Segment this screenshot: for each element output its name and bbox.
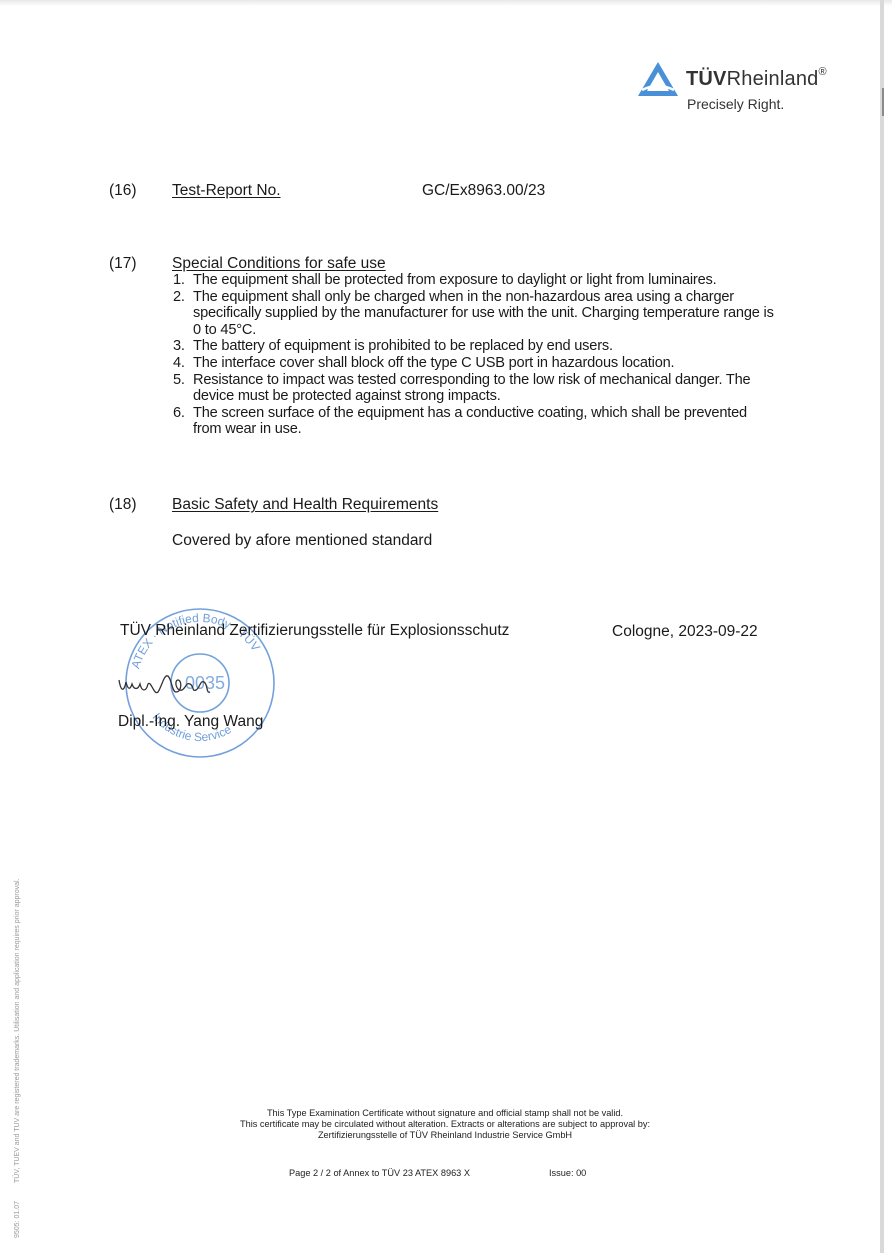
condition-item: 1.The equipment shall be protected from …: [173, 272, 778, 289]
tuv-rheinland-logo: TÜVRheinland® Precisely Right.: [636, 60, 856, 120]
footer-line: Zertifizierungsstelle of TÜV Rheinland I…: [150, 1130, 740, 1141]
svg-text:ATEX · Notified Body · TÜV: ATEX · Notified Body · TÜV: [128, 611, 262, 670]
certification-body-name: TÜV Rheinland Zertifizierungsstelle für …: [120, 622, 509, 640]
logo-wordmark: TÜVRheinland®: [686, 68, 827, 91]
condition-item: 6.The screen surface of the equipment ha…: [173, 405, 778, 438]
place-and-date: Cologne, 2023-09-22: [612, 623, 758, 641]
tuv-triangle-icon: [636, 60, 680, 100]
section-17-heading: Special Conditions for safe use: [172, 255, 386, 273]
section-16-number: (16): [109, 182, 137, 200]
trademark-notice: TÜV, TUEV and TUV are registered tradema…: [14, 878, 21, 1183]
condition-item: 3.The battery of equipment is prohibited…: [173, 338, 778, 355]
condition-item: 4.The interface cover shall block off th…: [173, 355, 778, 372]
condition-item: 2.The equipment shall only be charged wh…: [173, 289, 778, 339]
section-18-heading: Basic Safety and Health Requirements: [172, 496, 438, 514]
footer-line: This certificate may be circulated witho…: [150, 1119, 740, 1130]
scrollbar-thumb[interactable]: [882, 88, 884, 116]
section-17-number: (17): [109, 255, 137, 273]
footer-line: This Type Examination Certificate withou…: [150, 1108, 740, 1119]
logo-tagline: Precisely Right.: [687, 96, 784, 112]
condition-item: 5.Resistance to impact was tested corres…: [173, 372, 778, 405]
page-info: Page 2 / 2 of Annex to TÜV 23 ATEX 8963 …: [289, 1168, 470, 1178]
issue-number: Issue: 00: [549, 1168, 586, 1178]
trademark-sidenote: 9505: 01.07TÜV, TUEV and TUV are registe…: [14, 860, 21, 1238]
handwritten-signature-icon: [116, 670, 236, 700]
page-top-edge: [0, 0, 892, 6]
test-report-number: GC/Ex8963.00/23: [422, 182, 545, 200]
section-18-body: Covered by afore mentioned standard: [172, 532, 432, 550]
form-code: 9505: 01.07: [14, 1201, 21, 1238]
signatory-name: Dipl.-Ing. Yang Wang: [118, 713, 263, 731]
certificate-footer: This Type Examination Certificate withou…: [150, 1108, 740, 1141]
special-conditions-list: 1.The equipment shall be protected from …: [173, 272, 778, 438]
section-16-heading: Test-Report No.: [172, 182, 281, 200]
section-18-number: (18): [109, 496, 137, 514]
scrollbar-track[interactable]: [880, 0, 884, 1253]
